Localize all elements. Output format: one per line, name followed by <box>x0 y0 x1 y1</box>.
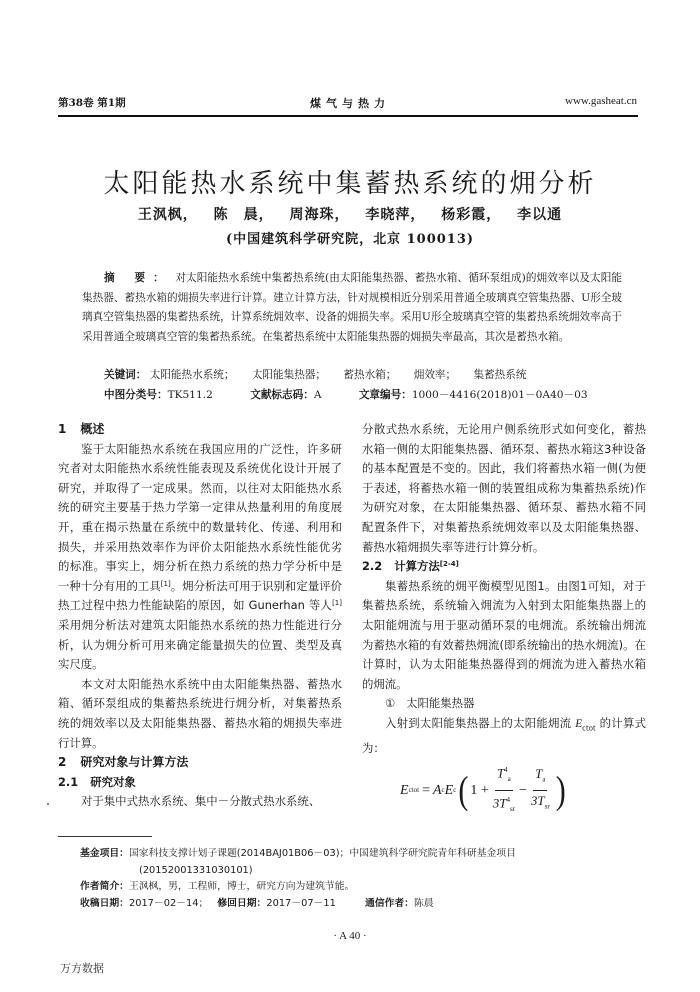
dates-line: 收稿日期：2017－02－14； 修回日期：2017－07－11 通信作者：陈晨 <box>80 896 650 913</box>
footnote-rule <box>58 836 152 837</box>
section-heading-1: 1概述 <box>58 420 342 440</box>
citation[interactable]: [1] <box>161 580 171 588</box>
article-no-label: 文章编号： <box>359 389 412 401</box>
keywords-label: 关键词： <box>104 369 146 381</box>
citation[interactable]: [2-4] <box>440 560 459 568</box>
paragraph: 鉴于太阳能热水系统在我国应用的广泛性，许多研究者对太阳能热水系统性能表现及系统优… <box>58 440 342 675</box>
affiliation: (中国建筑科学研究院，北京 100013) <box>0 228 700 247</box>
fraction: T4a 3T4sr <box>493 761 515 819</box>
footnotes: 基金项目：国家科技支撑计划子课题(2014BAJ01B06－03)；中国建筑科学… <box>80 846 650 912</box>
keyword: 蓄热水箱； <box>343 369 396 381</box>
equation-exergy-ctot: Ectot = Ac Ec ( 1 + T4a 3T4sr − Ta 3Tsr … <box>400 768 646 812</box>
funding-note: 基金项目：国家科技支撑计划子课题(2014BAJ01B06－03)；中国建筑科学… <box>80 846 650 863</box>
keyword: 太阳能热水系统； <box>150 369 235 381</box>
keyword: 㶲效率； <box>414 369 456 381</box>
classification-line: 中图分类号：TK511.2 文献标志码：A 文章编号：1000－4416(201… <box>104 386 588 404</box>
paragraph: 分散式热水系统，无论用户侧系统形式如何变化，蓄热水箱一侧的太阳能集热器、循环泵、… <box>362 420 646 557</box>
doc-code-value: A <box>314 389 322 401</box>
abstract: 摘 要： 对太阳能热水系统中集蓄热系统(由太阳能集热器、蓄热水箱、循环泵组成)的… <box>82 269 622 347</box>
article-no-value: 1000－4416(2018)01－0A40－03 <box>412 389 588 401</box>
subsection-heading-2-2: 2.2计算方法[2-4] <box>362 557 646 577</box>
paragraph: 入射到太阳能集热器上的太阳能㶲流 Ectot 的计算式为： <box>362 714 646 758</box>
paragraph: 对于集中式热水系统、集中－分散式热水系统、 <box>58 792 342 812</box>
journal-website: www.gasheat.cn <box>565 95 637 107</box>
wanfang-watermark: 万方数据 <box>60 960 104 976</box>
clc-value: TK511.2 <box>168 389 213 401</box>
clc-label: 中图分类号： <box>104 389 168 401</box>
body-right-column: 分散式热水系统，无论用户侧系统形式如何变化，蓄热水箱一侧的太阳能集热器、循环泵、… <box>362 420 646 812</box>
paragraph: 集蓄热系统的㶲平衡模型见图1。由图1可知，对于集蓄热系统，系统输入㶲流为入射到太… <box>362 577 646 695</box>
citation[interactable]: [1] <box>332 599 342 607</box>
paragraph: 本文对太阳能热水系统中由太阳能集热器、蓄热水箱、循环泵组成的集蓄热系统进行㶲分析… <box>58 675 342 753</box>
doc-code-label: 文献标志码： <box>250 389 314 401</box>
keywords: 关键词： 太阳能热水系统； 太阳能集热器； 蓄热水箱； 㶲效率； 集蓄热系统 <box>104 366 540 384</box>
keyword: 太阳能集热器； <box>252 369 326 381</box>
scan-speck <box>47 803 49 805</box>
subsection-heading-2-1: 2.1研究对象 <box>58 773 342 793</box>
author-bio: 作者简介：王沨枫，男，工程师，博士，研究方向为建筑节能。 <box>80 879 650 896</box>
author-list: 王沨枫， 陈 晨， 周海珠， 李晓萍， 杨彩霞， 李以通 <box>0 204 700 224</box>
section-heading-2: 2研究对象与计算方法 <box>58 753 342 773</box>
page-number: · A 40 · <box>0 930 700 942</box>
header-rule <box>58 115 638 117</box>
keyword: 集蓄热系统 <box>474 369 527 381</box>
list-item-heading: ① 太阳能集热器 <box>362 694 646 714</box>
fraction: Ta 3Tsr <box>531 764 550 817</box>
abstract-label: 摘 要： <box>104 272 172 284</box>
funding-note-cont: (20152001331030101) <box>80 863 650 880</box>
body-left-column: 1概述 鉴于太阳能热水系统在我国应用的广泛性，许多研究者对太阳能热水系统性能表现… <box>58 420 342 812</box>
article-title: 太阳能热水系统中集蓄热系统的㶲分析 <box>0 163 700 200</box>
